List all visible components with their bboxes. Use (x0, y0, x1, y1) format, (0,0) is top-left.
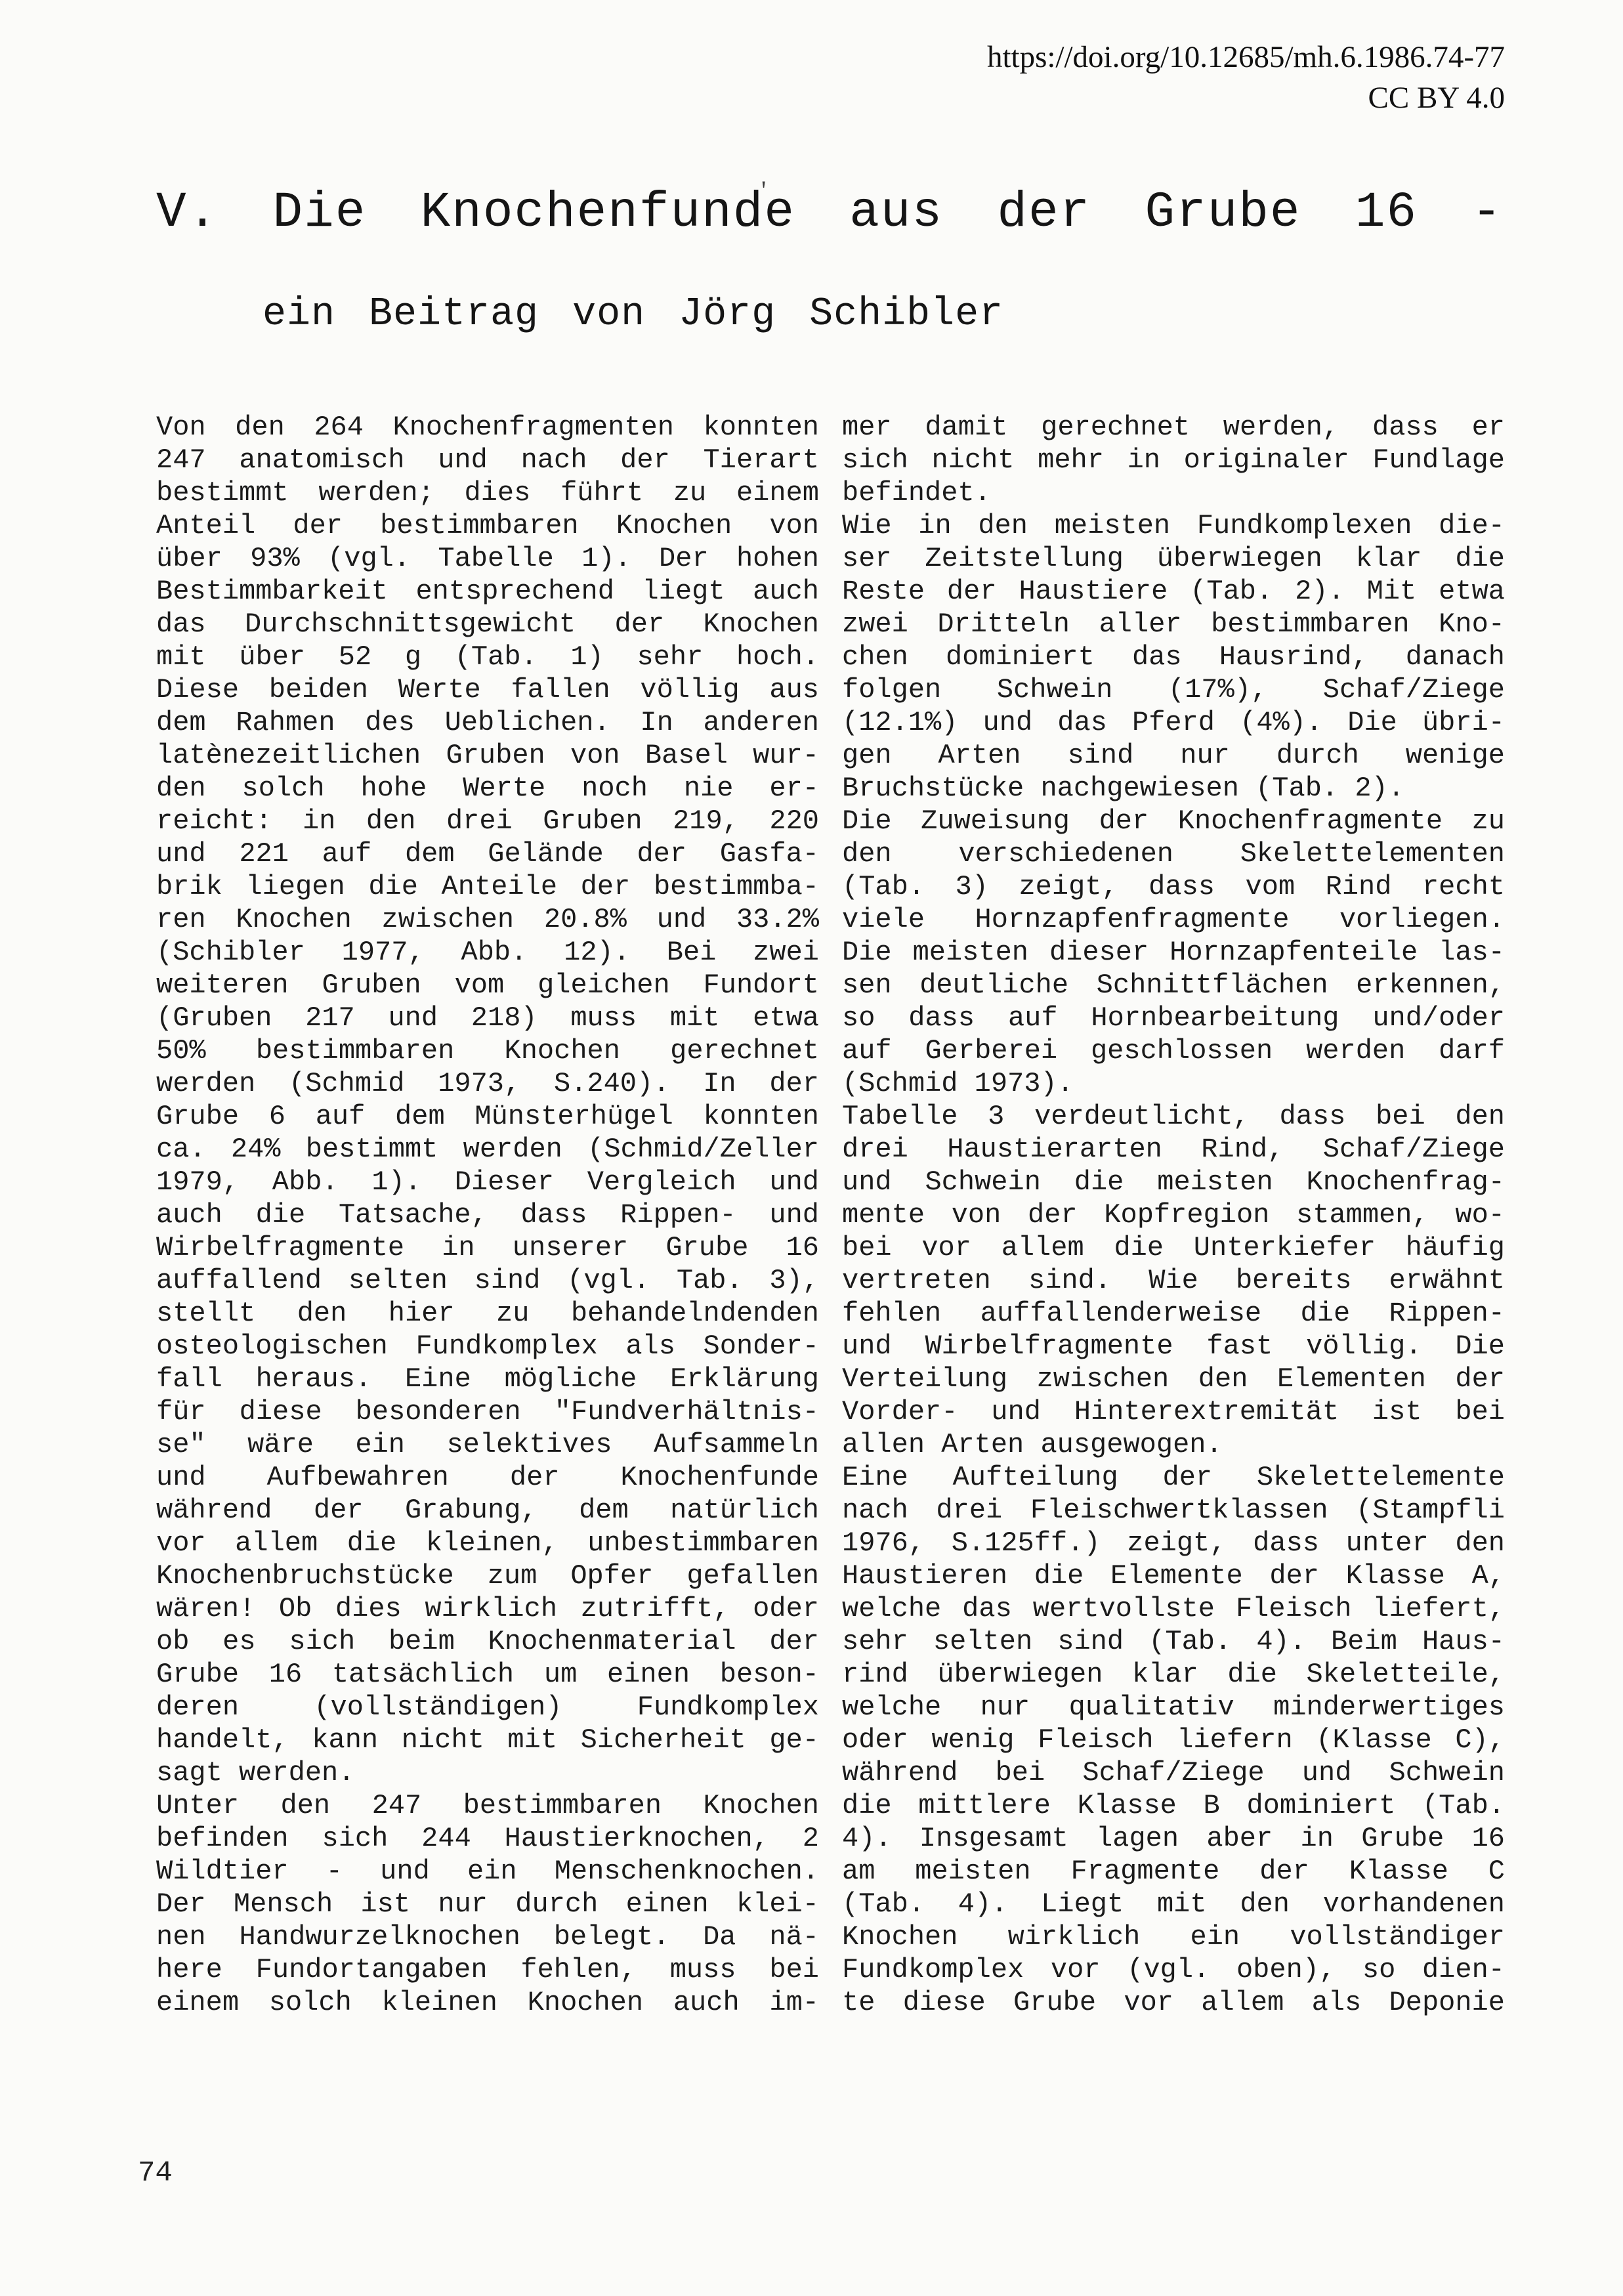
text-line: ser Zeitstellung überwiegen klar die (842, 542, 1505, 575)
title-word: 16 (1355, 186, 1418, 239)
text-line: dem Rahmen des Ueblichen. In anderen (156, 706, 819, 739)
title-word: V. (156, 186, 219, 239)
text-line: Wie in den meisten Fundkomplexen die- (842, 509, 1505, 542)
text-line: werden (Schmid 1973, S.240). In der (156, 1067, 819, 1100)
text-line: gen Arten sind nur durch wenige (842, 739, 1505, 772)
text-line: über 93% (vgl. Tabelle 1). Der hohen (156, 542, 819, 575)
text-line: 1976, S.125ff.) zeigt, dass unter den (842, 1527, 1505, 1560)
text-line: 4). Insgesamt lagen aber in Grube 16 (842, 1822, 1505, 1855)
text-line: (Gruben 217 und 218) muss mit etwa (156, 1002, 819, 1034)
text-line: während der Grabung, dem natürlich (156, 1494, 819, 1527)
text-line: Die meisten dieser Hornzapfenteile las- (842, 936, 1505, 969)
text-line: vor allem die kleinen, unbestimmbaren (156, 1527, 819, 1560)
text-line: sen deutliche Schnittflächen erkennen, (842, 969, 1505, 1002)
text-line: für diese besonderen "Fundverhältnis- (156, 1395, 819, 1428)
text-line: welche das wertvollste Fleisch liefert, (842, 1592, 1505, 1625)
text-line: ca. 24% bestimmt werden (Schmid/Zeller (156, 1133, 819, 1166)
text-line: so dass auf Hornbearbeitung und/oder (842, 1002, 1505, 1034)
text-line: drei Haustierarten Rind, Schaf/Ziege (842, 1133, 1505, 1166)
text-line: oder wenig Fleisch liefern (Klasse C), (842, 1724, 1505, 1756)
text-line: Knochenbruchstücke zum Opfer gefallen (156, 1560, 819, 1592)
text-line: Knochen wirklich ein vollständiger (842, 1921, 1505, 1953)
text-line: Bruchstücke nachgewiesen (Tab. 2). (842, 772, 1505, 805)
title-word: der (997, 186, 1091, 239)
text-line: mit über 52 g (Tab. 1) sehr hoch. (156, 641, 819, 673)
text-line: welche nur qualitativ minderwertiges (842, 1691, 1505, 1724)
left-column: Von den 264 Knochenfragmenten konnten247… (156, 411, 819, 2019)
text-line: Haustieren die Elemente der Klasse A, (842, 1560, 1505, 1592)
text-line: se" wäre ein selektives Aufsammeln (156, 1428, 819, 1461)
text-line: während bei Schaf/Ziege und Schwein (842, 1756, 1505, 1789)
text-line: und Aufbewahren der Knochenfunde (156, 1461, 819, 1494)
text-line: (12.1%) und das Pferd (4%). Die übri- (842, 706, 1505, 739)
text-line: Wildtier - und ein Menschenknochen. (156, 1855, 819, 1888)
header-block: https://doi.org/10.12685/mh.6.1986.74-77… (987, 37, 1505, 118)
text-line: 247 anatomisch und nach der Tierart (156, 444, 819, 477)
text-line: brik liegen die Anteile der bestimmba- (156, 870, 819, 903)
text-line: die mittlere Klasse B dominiert (Tab. (842, 1789, 1505, 1822)
text-line: 1979, Abb. 1). Dieser Vergleich und (156, 1166, 819, 1199)
page-number: 74 (138, 2157, 173, 2190)
text-line: Der Mensch ist nur durch einen klei- (156, 1888, 819, 1921)
title-word: Grube (1145, 186, 1301, 239)
text-line: Vorder- und Hinterextremität ist bei (842, 1395, 1505, 1428)
text-line: und 221 auf dem Gelände der Gasfa- (156, 838, 819, 870)
text-line: wären! Ob dies wirklich zutrifft, oder (156, 1592, 819, 1625)
doi-text: https://doi.org/10.12685/mh.6.1986.74-77 (987, 37, 1505, 77)
text-line: den solch hohe Werte noch nie er- (156, 772, 819, 805)
title-word: - (1471, 186, 1503, 239)
text-line: und Schwein die meisten Knochenfrag- (842, 1166, 1505, 1199)
text-line: reicht: in den drei Gruben 219, 220 (156, 805, 819, 838)
text-line: Bestimmbarkeit entsprechend liegt auch (156, 575, 819, 608)
text-line: sich nicht mehr in originaler Fundlage (842, 444, 1505, 477)
text-line: Die Zuweisung der Knochenfragmente zu (842, 805, 1505, 838)
text-line: Grube 16 tatsächlich um einen beson- (156, 1658, 819, 1691)
text-line: den verschiedenen Skelettelementen (842, 838, 1505, 870)
license-text: CC BY 4.0 (987, 77, 1505, 118)
text-line: (Schmid 1973). (842, 1067, 1505, 1100)
text-line: weiteren Gruben vom gleichen Fundort (156, 969, 819, 1002)
text-line: 50% bestimmbaren Knochen gerechnet (156, 1034, 819, 1067)
text-line: mente von der Kopfregion stammen, wo- (842, 1199, 1505, 1231)
page-subtitle: ein Beitrag von Jörg Schibler (263, 293, 1003, 336)
text-line: das Durchschnittsgewicht der Knochen (156, 608, 819, 641)
text-line: te diese Grube vor allem als Deponie (842, 1986, 1505, 2019)
text-line: mer damit gerechnet werden, dass er (842, 411, 1505, 444)
text-line: Verteilung zwischen den Elementen der (842, 1363, 1505, 1395)
text-line: viele Hornzapfenfragmente vorliegen. (842, 903, 1505, 936)
text-line: osteologischen Fundkomplex als Sonder- (156, 1330, 819, 1363)
text-line: einem solch kleinen Knochen auch im- (156, 1986, 819, 2019)
text-line: Tabelle 3 verdeutlicht, dass bei den (842, 1100, 1505, 1133)
title-word: Knochenfunde (421, 186, 795, 239)
text-line: vertreten sind. Wie bereits erwähnt (842, 1264, 1505, 1297)
text-line: here Fundortangaben fehlen, muss bei (156, 1953, 819, 1986)
text-line: nach drei Fleischwertklassen (Stampfli (842, 1494, 1505, 1527)
document-page: https://doi.org/10.12685/mh.6.1986.74-77… (0, 0, 1623, 2296)
text-line: Fundkomplex vor (vgl. oben), so dien- (842, 1953, 1505, 1986)
text-line: Diese beiden Werte fallen völlig aus (156, 673, 819, 706)
text-line: und Wirbelfragmente fast völlig. Die (842, 1330, 1505, 1363)
text-line: Grube 6 auf dem Münsterhügel konnten (156, 1100, 819, 1133)
text-line: (Tab. 3) zeigt, dass vom Rind recht (842, 870, 1505, 903)
text-line: handelt, kann nicht mit Sicherheit ge- (156, 1724, 819, 1756)
right-column: mer damit gerechnet werden, dass ersich … (842, 411, 1505, 2019)
text-line: auf Gerberei geschlossen werden darf (842, 1034, 1505, 1067)
text-line: (Tab. 4). Liegt mit den vorhandenen (842, 1888, 1505, 1921)
text-line: bestimmt werden; dies führt zu einem (156, 477, 819, 509)
text-line: (Schibler 1977, Abb. 12). Bei zwei (156, 936, 819, 969)
text-line: folgen Schwein (17%), Schaf/Ziege (842, 673, 1505, 706)
text-line: Unter den 247 bestimmbaren Knochen (156, 1789, 819, 1822)
text-line: auffallend selten sind (vgl. Tab. 3), (156, 1264, 819, 1297)
text-line: Anteil der bestimmbaren Knochen von (156, 509, 819, 542)
text-line: ob es sich beim Knochenmaterial der (156, 1625, 819, 1658)
text-line: zwei Dritteln aller bestimmbaren Kno- (842, 608, 1505, 641)
text-line: bei vor allem die Unterkiefer häufig (842, 1231, 1505, 1264)
title-word: Die (273, 186, 367, 239)
text-line: sagt werden. (156, 1756, 819, 1789)
text-line: Wirbelfragmente in unserer Grube 16 (156, 1231, 819, 1264)
text-line: allen Arten ausgewogen. (842, 1428, 1505, 1461)
title-word: aus (849, 186, 943, 239)
page-title: V.DieKnochenfundeausderGrube16- (156, 186, 1503, 239)
text-line: latènezeitlichen Gruben von Basel wur- (156, 739, 819, 772)
text-line: befindet. (842, 477, 1505, 509)
text-line: Reste der Haustiere (Tab. 2). Mit etwa (842, 575, 1505, 608)
text-line: am meisten Fragmente der Klasse C (842, 1855, 1505, 1888)
text-line: deren (vollständigen) Fundkomplex (156, 1691, 819, 1724)
text-line: Eine Aufteilung der Skelettelemente (842, 1461, 1505, 1494)
text-line: stellt den hier zu behandelndenden (156, 1297, 819, 1330)
text-line: befinden sich 244 Haustierknochen, 2 (156, 1822, 819, 1855)
text-line: chen dominiert das Hausrind, danach (842, 641, 1505, 673)
text-line: auch die Tatsache, dass Rippen- und (156, 1199, 819, 1231)
text-line: Von den 264 Knochenfragmenten konnten (156, 411, 819, 444)
text-line: rind überwiegen klar die Skeletteile, (842, 1658, 1505, 1691)
text-line: ren Knochen zwischen 20.8% und 33.2% (156, 903, 819, 936)
text-line: fehlen auffallenderweise die Rippen- (842, 1297, 1505, 1330)
text-line: nen Handwurzelknochen belegt. Da nä- (156, 1921, 819, 1953)
text-line: sehr selten sind (Tab. 4). Beim Haus- (842, 1625, 1505, 1658)
text-line: fall heraus. Eine mögliche Erklärung (156, 1363, 819, 1395)
